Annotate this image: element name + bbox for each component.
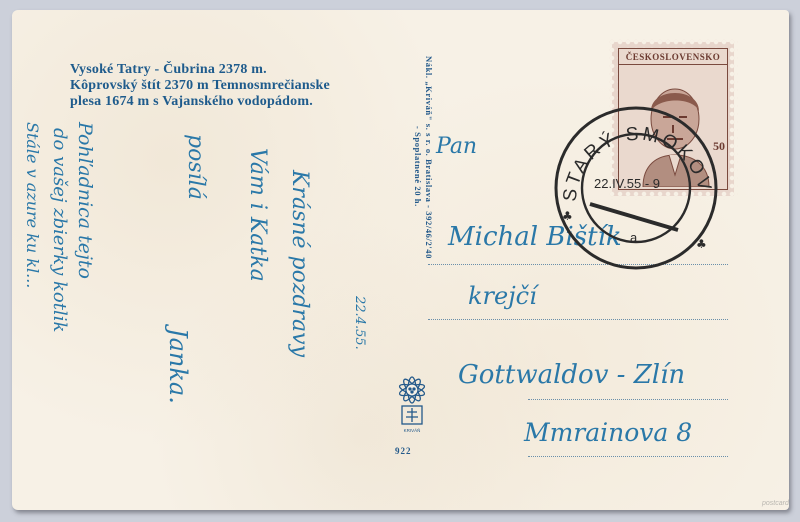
svg-text:♣: ♣ bbox=[696, 237, 707, 251]
svg-text:♣: ♣ bbox=[562, 209, 573, 223]
edelweiss-icon: KRIVÁŇ bbox=[388, 370, 436, 440]
address-occupation: krejčí bbox=[468, 282, 537, 310]
postmark-date: 22.IV.55 - 9 bbox=[594, 176, 660, 191]
side-note-line: Pohľadnica tejto bbox=[74, 122, 96, 279]
side-note-line: Stále v azure ku kl... bbox=[23, 122, 42, 288]
address-line bbox=[528, 456, 728, 457]
address-line bbox=[528, 399, 728, 400]
address-line bbox=[428, 319, 728, 320]
publisher-line: Nákl. „Kriváň" s. s r. o. Bratislava - 3… bbox=[423, 56, 434, 376]
caption-line: Vysoké Tatry - Čubrina 2378 m. bbox=[70, 62, 330, 78]
svg-text:KRIVÁŇ: KRIVÁŇ bbox=[404, 427, 421, 433]
address-street: Mmrainova 8 bbox=[524, 418, 692, 447]
message-line: Vám i Katka bbox=[245, 148, 270, 282]
postmark: STARÝ SMOKOVEC 22.IV.55 - 9 a ♣ ♣ bbox=[550, 102, 722, 274]
message-signature: Janka. bbox=[164, 328, 192, 404]
caption-line: Kôprovský štít 2370 m Temnosmrečianske bbox=[70, 78, 330, 94]
address-city: Gottwaldov - Zlín bbox=[458, 360, 685, 390]
card-number: 922 bbox=[395, 446, 412, 456]
postmark-code: a bbox=[630, 230, 638, 245]
side-note-line: do vašej zbierky kotlik bbox=[49, 128, 70, 332]
printed-caption: Vysoké Tatry - Čubrina 2378 m. Kôprovský… bbox=[70, 62, 330, 110]
message-line: Krásné pozdravy bbox=[287, 170, 312, 357]
watermark: postcard.gallery bbox=[762, 500, 789, 507]
publisher-imprint: Nákl. „Kriváň" s. s r. o. Bratislava - 3… bbox=[394, 56, 434, 376]
publisher-line: - Spoplatnené 20 h. bbox=[412, 56, 423, 376]
caption-line: plesa 1674 m s Vajanského vodopádom. bbox=[70, 94, 330, 110]
postcard-back: Vysoké Tatry - Čubrina 2378 m. Kôprovský… bbox=[12, 10, 789, 510]
stamp-country: ČESKOSLOVENSKO bbox=[619, 52, 727, 65]
address-salutation: Pan bbox=[436, 134, 477, 159]
message-line: posílá bbox=[183, 134, 208, 200]
message-date: 22.4.55. bbox=[352, 296, 367, 350]
